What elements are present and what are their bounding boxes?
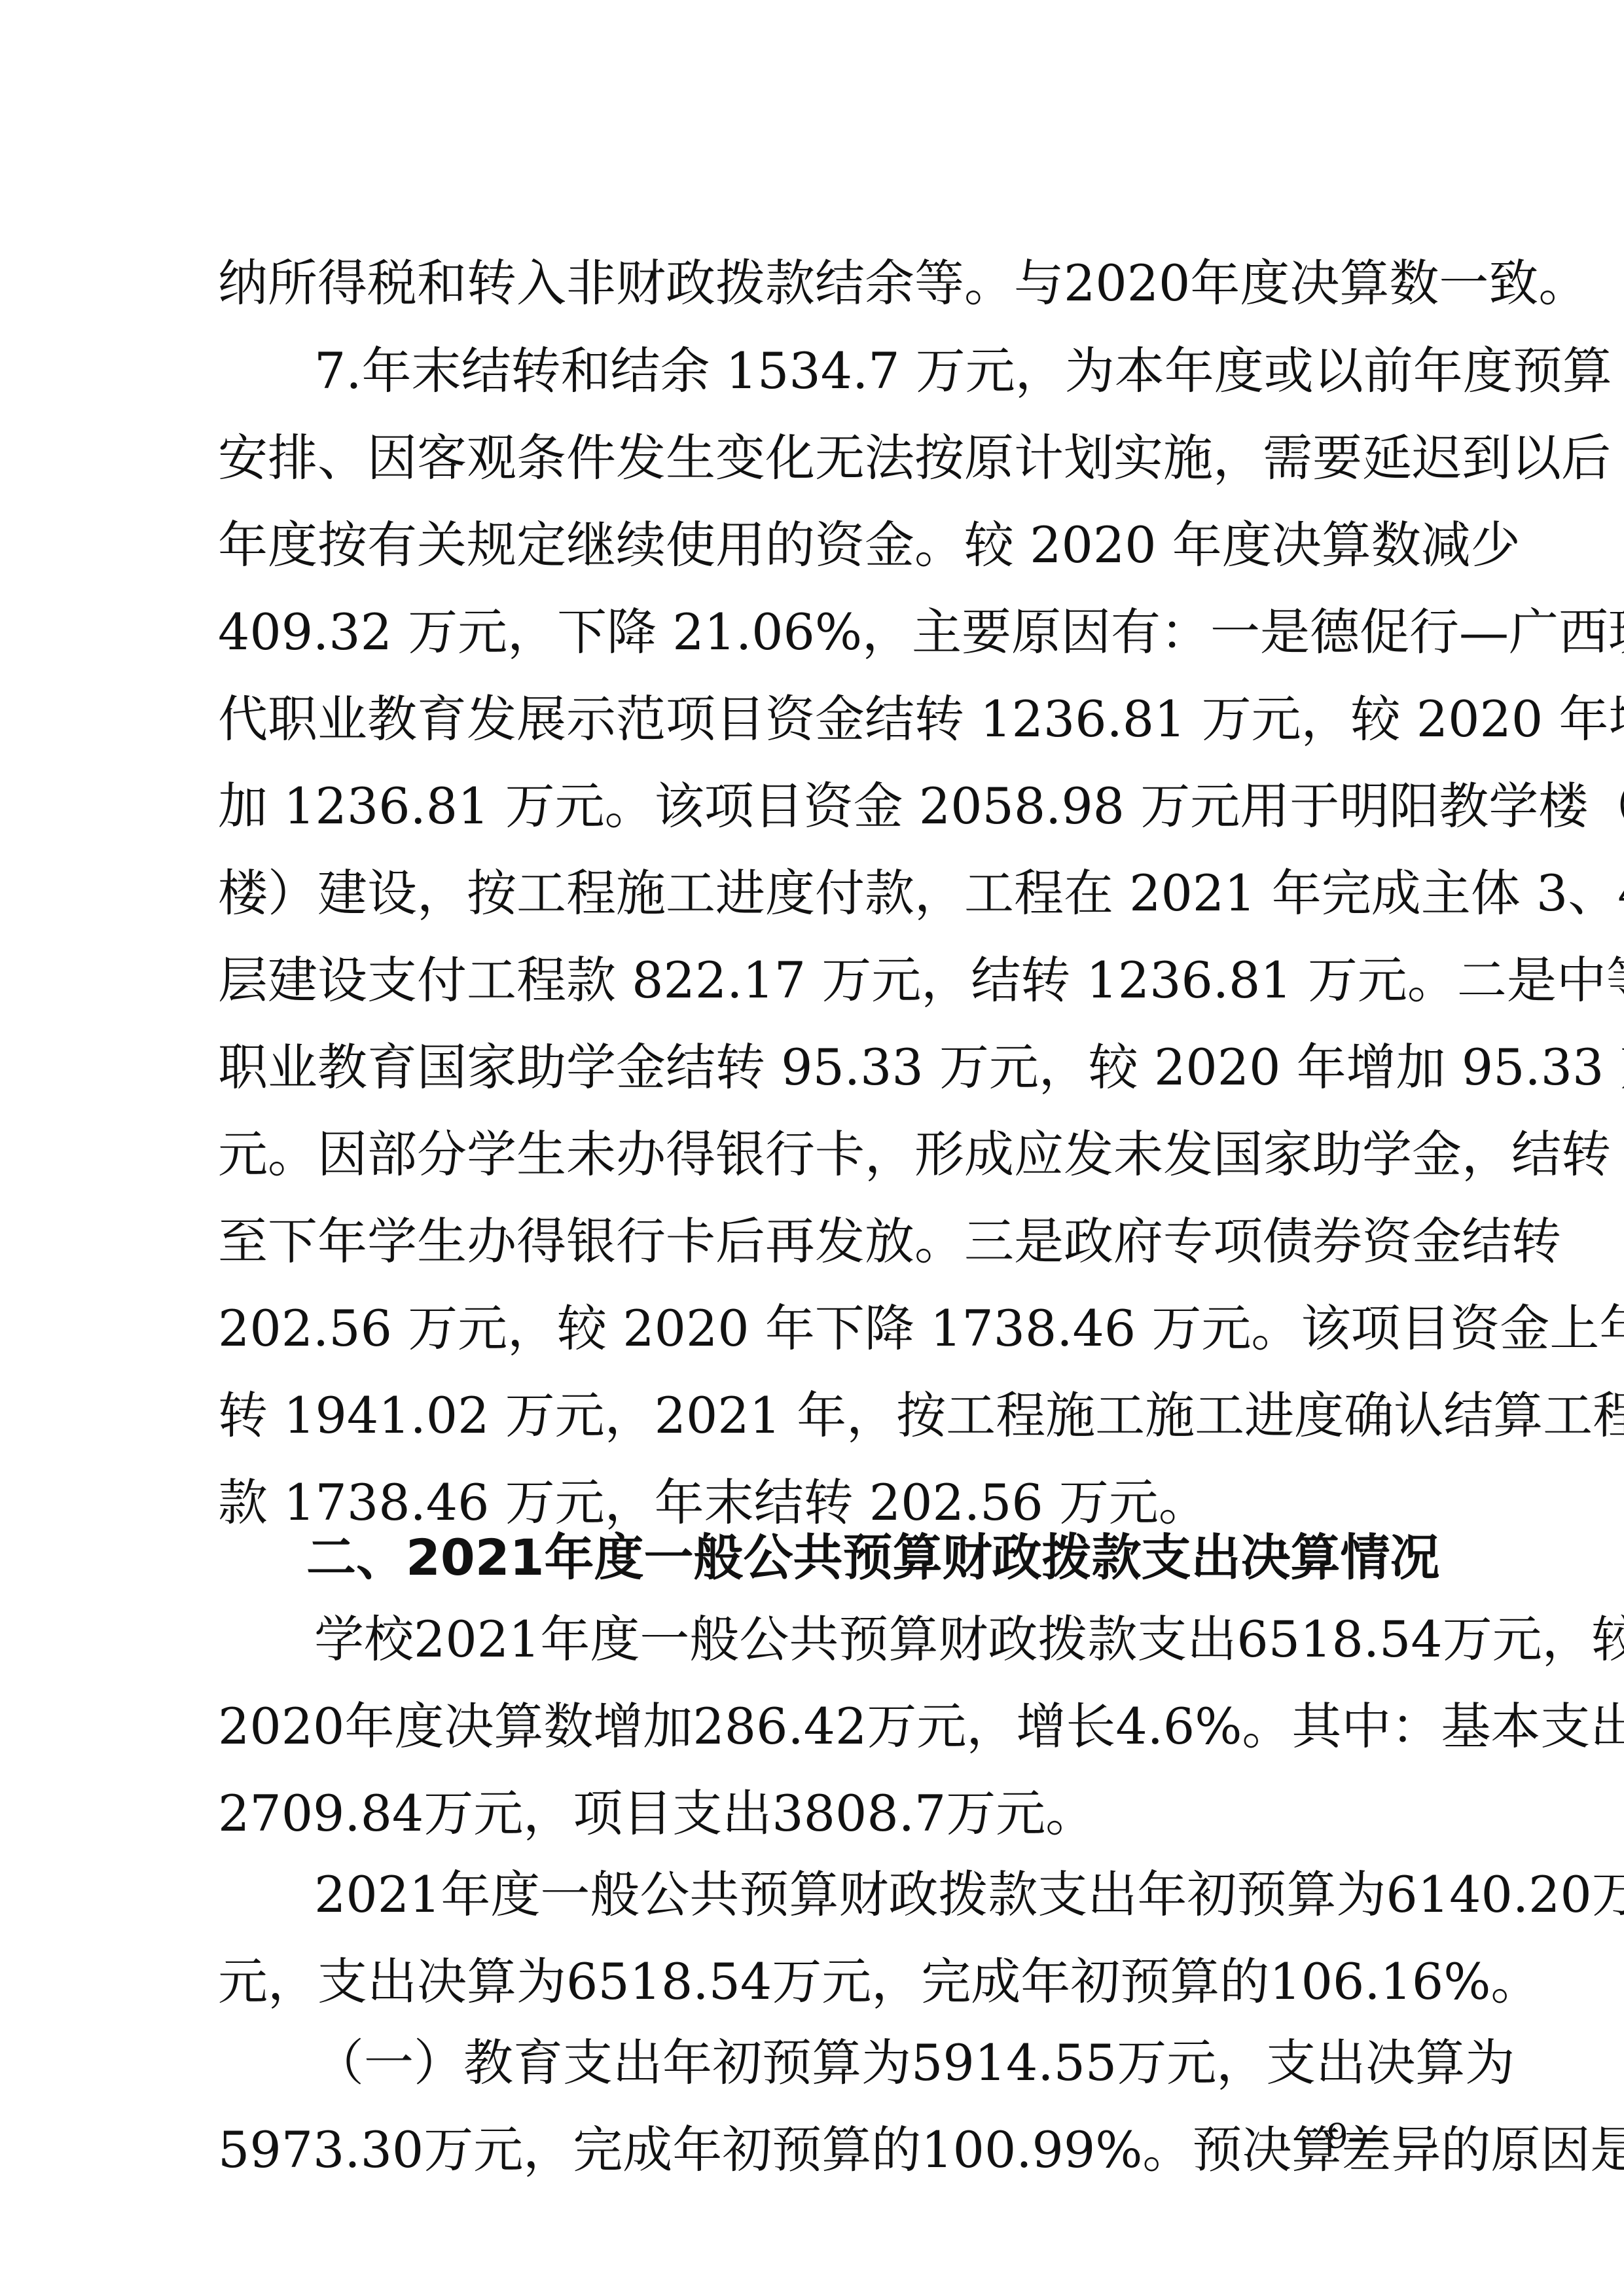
paragraph-line: 至下年学生办得银行卡后再发放。三是政府专项债券资金结转	[218, 1206, 1396, 1278]
paragraph-line: 年度按有关规定继续使用的资金。较 2020 年度决算数减少	[218, 509, 1396, 581]
paragraph-line: （一）教育支出年初预算为5914.55万元，支出决算为	[314, 2027, 1396, 2099]
paragraph-line: 安排、因客观条件发生变化无法按原计划实施，需要延迟到以后	[218, 422, 1396, 494]
paragraph-line: 转 1941.02 万元，2021 年，按工程施工施工进度确认结算工程	[218, 1380, 1396, 1452]
paragraph-line: 7.年末结转和结余 1534.7 万元，为本年度或以前年度预算	[314, 335, 1396, 407]
paragraph-line: 纳所得税和转入非财政拨款结余等。与2020年度决算数一致。	[218, 247, 1396, 319]
paragraph-line: 加 1236.81 万元。该项目资金 2058.98 万元用于明阳教学楼（北	[218, 770, 1396, 842]
paragraph-line: 元。因部分学生未办得银行卡，形成应发未发国家助学金，结转	[218, 1119, 1396, 1191]
paragraph-line: 2020年度决算数增加286.42万元，增长4.6%。其中：基本支出	[218, 1691, 1396, 1763]
page-number: —9—	[1288, 2117, 1386, 2157]
paragraph-line: 5973.30万元，完成年初预算的100.99%。预决算差异的原因是人	[218, 2114, 1396, 2186]
paragraph-line: 楼）建设，按工程施工进度付款，工程在 2021 年完成主体 3、4	[218, 857, 1396, 929]
paragraph-line: 学校2021年度一般公共预算财政拨款支出6518.54万元，较	[314, 1604, 1396, 1676]
document-page: 纳所得税和转入非财政拨款结余等。与2020年度决算数一致。 7.年末结转和结余 …	[0, 0, 1624, 2296]
paragraph-line: 202.56 万元，较 2020 年下降 1738.46 万元。该项目资金上年结	[218, 1293, 1396, 1365]
paragraph-line: 2709.84万元，项目支出3808.7万元。	[218, 1778, 1396, 1850]
paragraph-line: 层建设支付工程款 822.17 万元，结转 1236.81 万元。二是中等	[218, 944, 1396, 1016]
section-heading: 二、2021年度一般公共预算财政拨款支出决算情况	[306, 1522, 1419, 1594]
paragraph-line: 409.32 万元，下降 21.06%，主要原因有：一是德促行—广西现	[218, 596, 1396, 668]
paragraph-line: 职业教育国家助学金结转 95.33 万元，较 2020 年增加 95.33 万	[218, 1031, 1396, 1103]
paragraph-line: 2021年度一般公共预算财政拨款支出年初预算为6140.20万	[314, 1859, 1396, 1931]
paragraph-line: 元，支出决算为6518.54万元，完成年初预算的106.16%。	[218, 1946, 1396, 2018]
paragraph-line: 代职业教育发展示范项目资金结转 1236.81 万元，较 2020 年增	[218, 683, 1396, 755]
